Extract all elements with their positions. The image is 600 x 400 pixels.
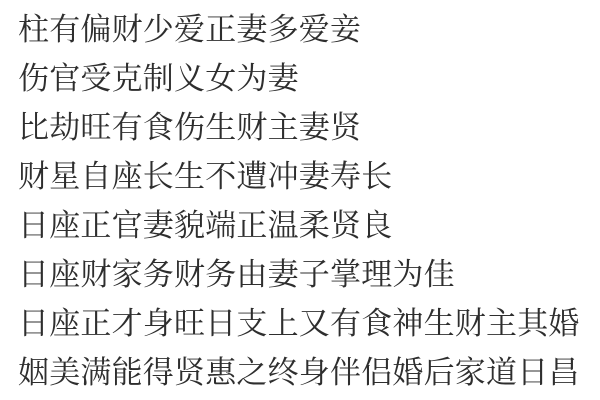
text-line: 比劫旺有食伤生财主妻贤 <box>18 103 594 152</box>
text-line: 日座正官妻貌端正温柔贤良 <box>18 201 594 250</box>
text-page: 柱有偏财少爱正妻多爱妾 伤官受克制义女为妻 比劫旺有食伤生财主妻贤 财星自座长生… <box>0 0 600 400</box>
text-line: 日座财家务财务由妻子掌理为佳 <box>18 250 594 299</box>
text-line: 日座正才身旺日支上又有食神生财主其婚 <box>18 299 594 348</box>
text-line: 柱有偏财少爱正妻多爱妾 <box>18 5 594 54</box>
text-line: 伤官受克制义女为妻 <box>18 54 594 103</box>
text-line: 财星自座长生不遭冲妻寿长 <box>18 152 594 201</box>
text-line: 姻美满能得贤惠之终身伴侣婚后家道日昌 <box>18 348 594 397</box>
